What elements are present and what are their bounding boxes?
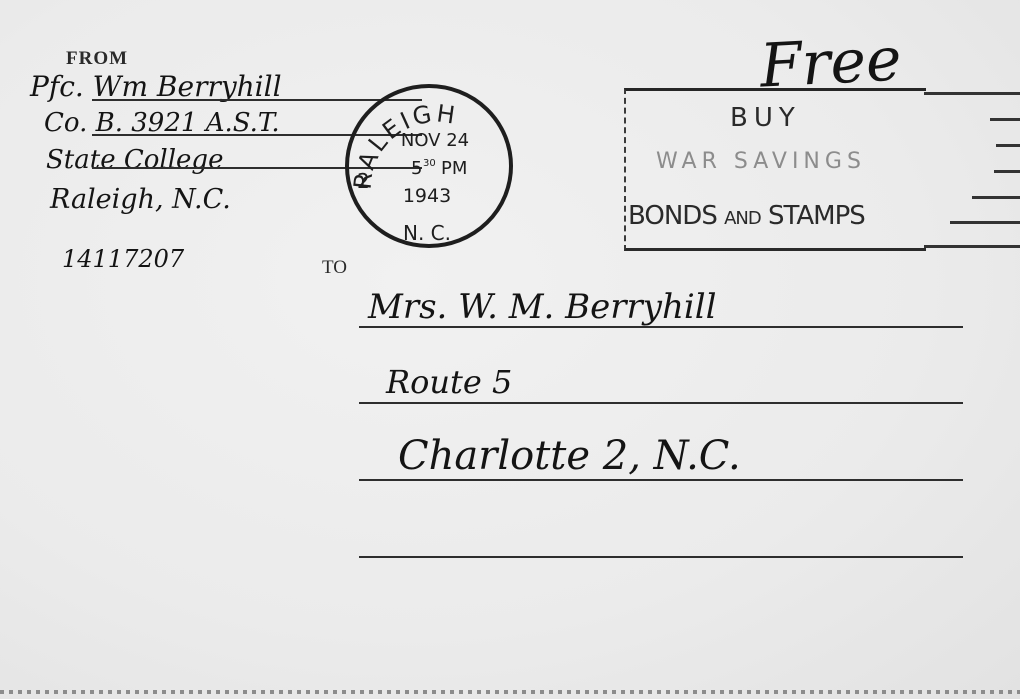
postmark-date: NOV 24	[401, 130, 469, 151]
slogan-buy: BUY	[730, 103, 801, 133]
recipient-route: Route 5	[386, 363, 512, 401]
address-line-2	[359, 402, 963, 404]
recipient-city: Charlotte 2, N.C.	[398, 433, 741, 479]
postmark-state: N. C.	[403, 221, 451, 245]
slogan-bonds: BONDS	[628, 201, 717, 231]
penalty-postcard: FROM Pfc. Wm Berryhill Co. B. 3921 A.S.T…	[0, 0, 1020, 699]
postmark-ampm: PM	[441, 158, 467, 179]
slogan-and: AND	[724, 208, 761, 229]
postmark-hour: 5	[411, 158, 422, 179]
postmark-station: 2	[357, 169, 370, 193]
perforated-edge	[0, 690, 1020, 694]
sender-city: Raleigh, N.C.	[50, 184, 231, 215]
postmark-year: 1943	[403, 185, 451, 207]
cancel-bar	[994, 170, 1020, 173]
cancel-bar	[924, 92, 1020, 95]
address-line-4	[359, 556, 963, 558]
serial-number: 14117207	[62, 245, 184, 273]
postmark-minute: 30	[423, 158, 436, 169]
address-line-3	[359, 479, 963, 481]
cancel-bar	[990, 118, 1020, 121]
slogan-war-savings: WAR SAVINGS	[656, 149, 866, 174]
from-label: FROM	[66, 48, 128, 70]
cancel-bar	[996, 144, 1020, 147]
slogan-bonds-and-stamps: BONDS AND STAMPS	[628, 201, 865, 231]
slogan-cancel-box: BUY WAR SAVINGS BONDS AND STAMPS	[624, 88, 926, 251]
franking-free: Free	[758, 24, 903, 101]
sender-college: State College	[46, 145, 223, 175]
slogan-stamps: STAMPS	[768, 201, 865, 231]
cancel-bar	[972, 196, 1020, 199]
postmark-circle-icon: RALEIGH N. C. 2 NOV 24 5 30 PM 1943	[341, 80, 515, 252]
to-label: TO	[322, 257, 347, 279]
address-line-1	[359, 326, 963, 328]
cancel-bar	[950, 221, 1020, 224]
recipient-name: Mrs. W. M. Berryhill	[368, 287, 717, 327]
cancel-bar	[924, 245, 1020, 248]
raleigh-postmark: RALEIGH N. C. 2 NOV 24 5 30 PM 1943	[341, 80, 515, 252]
